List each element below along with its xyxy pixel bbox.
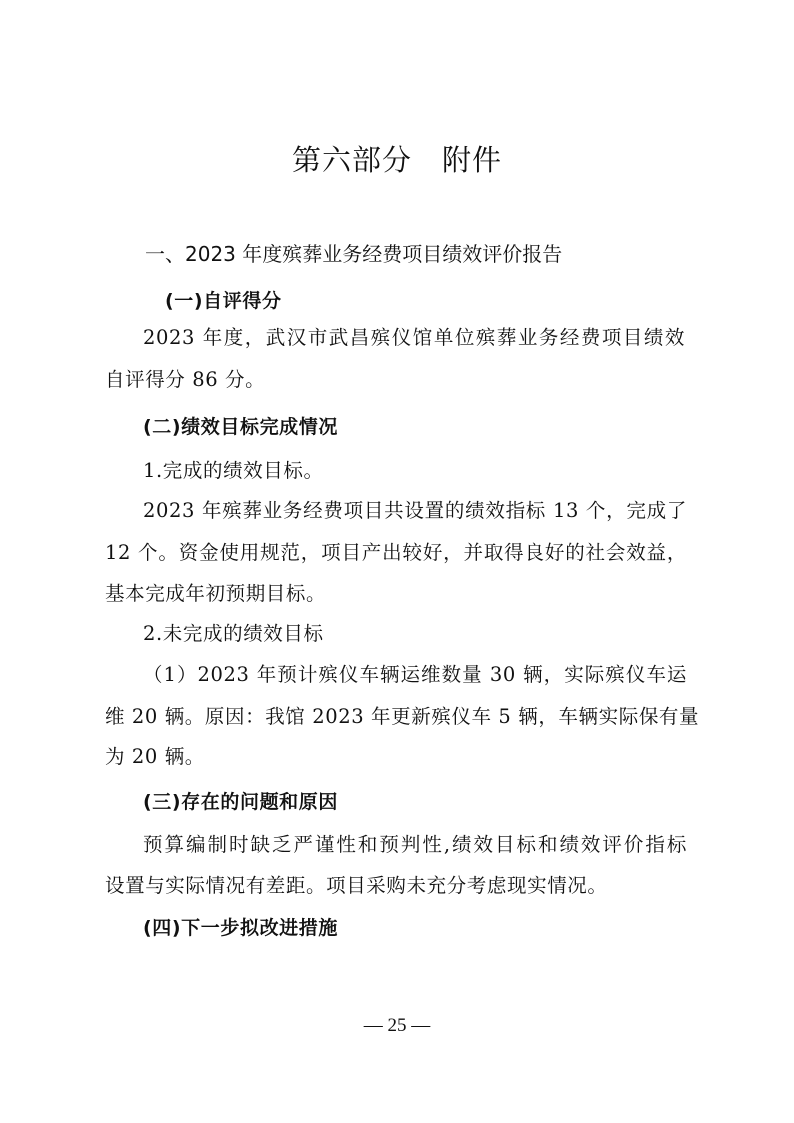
paragraph-line: 12 个。资金使用规范，项目产出较好，并取得良好的社会效益，: [105, 537, 687, 565]
subsection-heading-4: (四)下一步拟改进措施: [143, 913, 338, 940]
paragraph-line: 自评得分 86 分。: [105, 364, 265, 392]
paragraph-line: 2023 年殡葬业务经费项目共设置的绩效指标 13 个，完成了: [143, 495, 687, 523]
subsection-heading-3: (三)存在的问题和原因: [143, 787, 338, 814]
subsection-heading-2: (二)绩效目标完成情况: [143, 412, 338, 439]
paragraph-line: 预算编制时缺乏严谨性和预判性,绩效目标和绩效评价指标: [143, 829, 687, 857]
subsection-heading-1: (一)自评得分: [165, 286, 282, 313]
page-number: — 25 —: [0, 1015, 794, 1037]
part-name: 附件: [442, 143, 502, 177]
list-item-heading: 2.未完成的绩效目标: [143, 618, 324, 646]
paragraph-line: 设置与实际情况有差距。项目采购未充分考虑现实情况。: [105, 870, 608, 898]
section-heading: 一、2023 年度殡葬业务经费项目绩效评价报告: [145, 238, 562, 267]
paragraph-line: 基本完成年初预期目标。: [105, 578, 326, 606]
part-label: 第六部分: [292, 143, 412, 177]
page-title: 第六部分附件: [0, 138, 794, 179]
list-item-heading: 1.完成的绩效目标。: [143, 455, 324, 483]
paragraph-line: 为 20 辆。: [105, 741, 205, 769]
paragraph-line: 维 20 辆。原因：我馆 2023 年更新殡仪车 5 辆，车辆实际保有量: [105, 701, 687, 729]
paragraph-line: （1）2023 年预计殡仪车辆运维数量 30 辆，实际殡仪车运: [143, 659, 687, 687]
paragraph-line: 2023 年度，武汉市武昌殡仪馆单位殡葬业务经费项目绩效: [143, 322, 685, 350]
